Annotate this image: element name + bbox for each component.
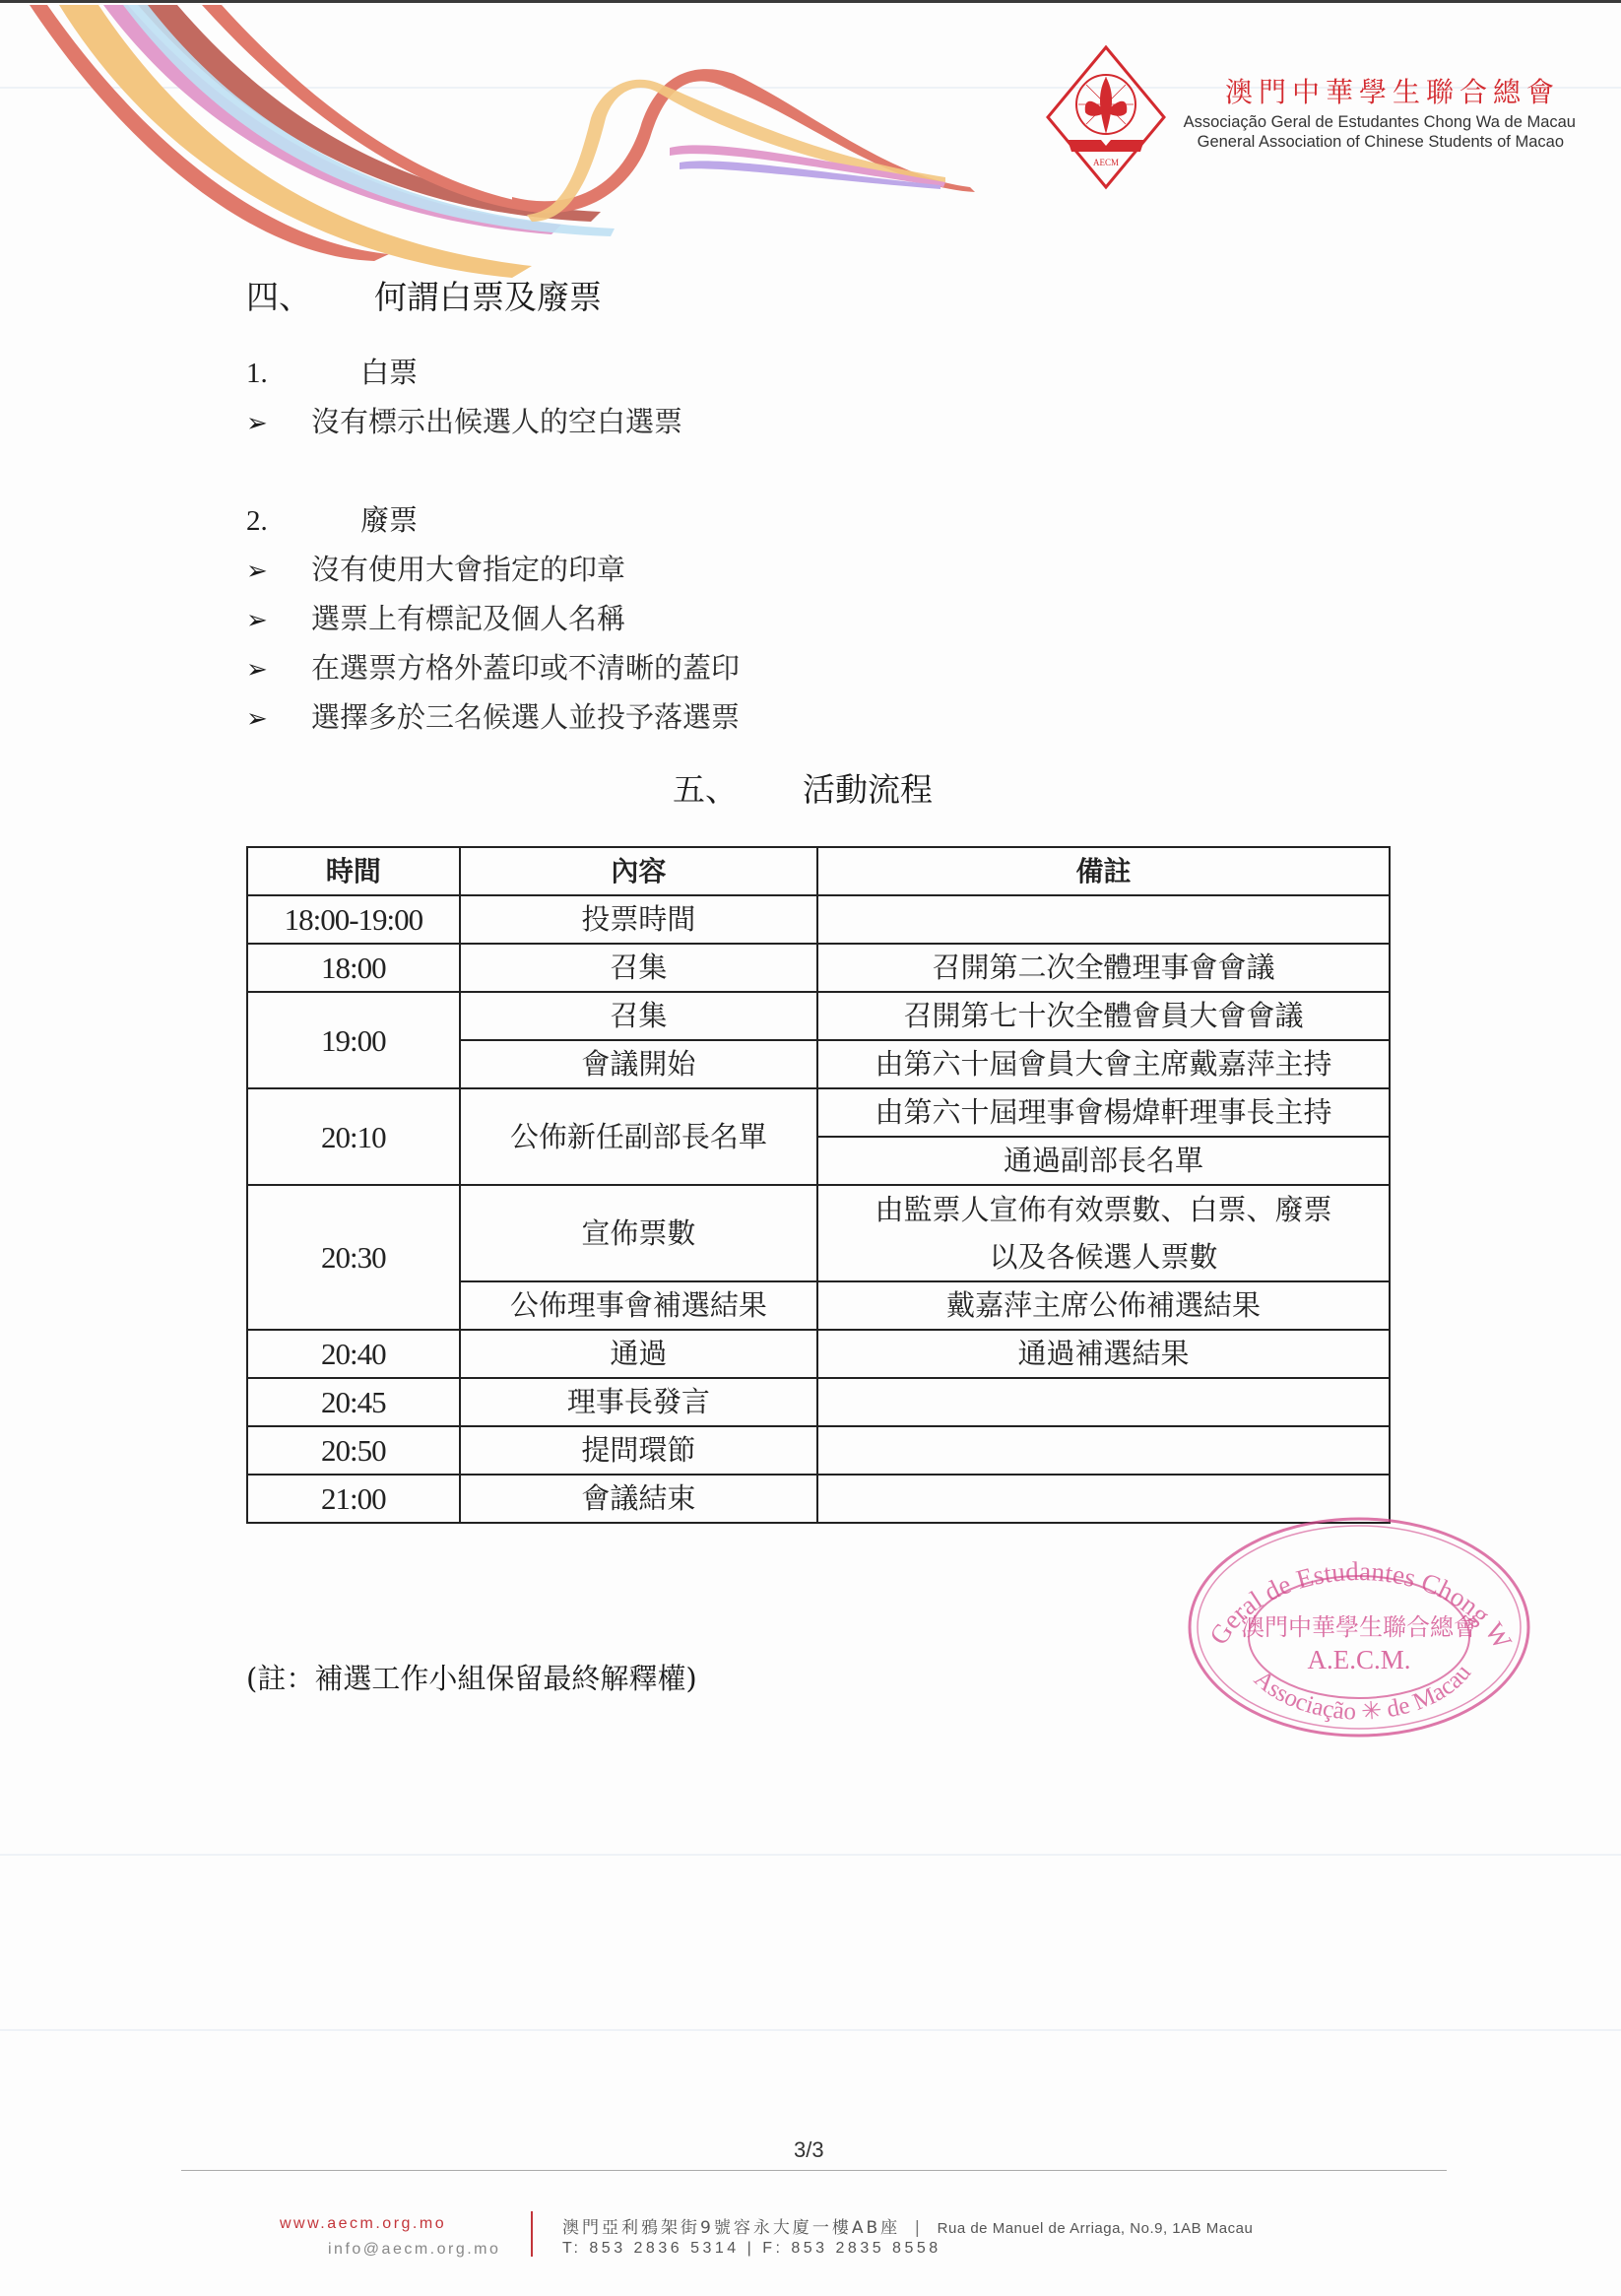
address-cn: 澳門亞利鴉架街9號容永大廈一樓AB座 [562,2218,900,2238]
cell-remark: 召開第二次全體理事會會議 [817,944,1390,992]
cell-remark [817,895,1390,944]
arrow-bullet-icon: ➢ [246,404,311,443]
address-separator: | [915,2218,924,2238]
bullet-text: 選擇多於三名候選人並投予落選票 [311,700,740,734]
cell-time: 18:00 [247,944,460,992]
cell-time: 21:00 [247,1475,460,1523]
table-row: 18:00-19:00 投票時間 [247,895,1390,944]
org-name-pt: Associação Geral de Estudantes Chong Wa … [1170,112,1603,132]
aecm-logo-icon: AECM [1044,43,1168,191]
official-seal-stamp: Geral de Estudantes Chong Wa Associação … [1182,1505,1536,1749]
org-name-en: General Association of Chinese Students … [1170,132,1603,152]
cell-content: 召集 [460,944,817,992]
org-name-block: 澳門中華學生聯合總會 Associação Geral de Estudante… [1170,73,1603,152]
subsection-number: 1. [246,354,360,393]
header-remark: 備註 [817,847,1390,895]
table-row: 19:00 召集 召開第七十次全體會員大會會議 [247,992,1390,1040]
subsection-invalid-vote: 2.廢票 [246,500,418,541]
table-row: 20:40 通過 通過補選結果 [247,1330,1390,1378]
table-row: 20:10 公佈新任副部長名單 由第六十屆理事會楊煒軒理事長主持 [247,1088,1390,1137]
cell-time: 20:50 [247,1426,460,1475]
org-name-cn: 澳門中華學生聯合總會 [1170,73,1603,112]
section-title: 活動流程 [803,770,933,809]
schedule-table: 時間 內容 備註 18:00-19:00 投票時間 18:00 召集 召開第二次… [246,846,1391,1524]
cell-remark [817,1426,1390,1475]
bullet-item: ➢選票上有標記及個人名稱 [246,599,625,640]
subsection-title: 廢票 [360,503,418,537]
cell-remark: 由監票人宣佈有效票數、白票、廢票 以及各候選人票數 [817,1185,1390,1281]
bullet-text: 在選票方格外蓋印或不清晰的蓋印 [311,651,740,685]
cell-remark: 由第六十屆會員大會主席戴嘉萍主持 [817,1040,1390,1088]
arrow-bullet-icon: ➢ [246,601,311,640]
section-5-heading: 五、活動流程 [673,768,933,812]
subsection-blank-vote: 1.白票 [246,353,418,393]
arrow-bullet-icon: ➢ [246,650,311,689]
header-content: 內容 [460,847,817,895]
bullet-text: 選票上有標記及個人名稱 [311,602,625,635]
cell-content: 理事長發言 [460,1378,817,1426]
address-en: Rua de Manuel de Arriaga, No.9, 1AB Maca… [938,2220,1254,2237]
cell-content: 宣佈票數 [460,1185,817,1281]
table-row: 18:00 召集 召開第二次全體理事會會議 [247,944,1390,992]
cell-time: 20:45 [247,1378,460,1426]
cell-remark: 召開第七十次全體會員大會會議 [817,992,1390,1040]
cell-remark: 戴嘉萍主席公佈補選結果 [817,1281,1390,1330]
scan-band [0,2029,1621,2031]
decorative-ribbon-swoosh [0,0,1034,295]
bullet-item: ➢選擇多於三名候選人並投予落選票 [246,697,740,739]
footer-divider [181,2170,1447,2171]
footer-address: 澳門亞利鴉架街9號容永大廈一樓AB座 | Rua de Manuel de Ar… [562,2213,1253,2238]
website-link[interactable]: www.aecm.org.mo [280,2215,446,2233]
page-number: 3/3 [794,2137,824,2163]
cell-time: 19:00 [247,992,460,1088]
cell-content: 通過 [460,1330,817,1378]
remark-line: 由監票人宣佈有效票數、白票、廢票 [822,1186,1385,1233]
svg-text:澳門中華學生聯合總會: 澳門中華學生聯合總會 [1241,1613,1477,1641]
arrow-bullet-icon: ➢ [246,699,311,739]
disclaimer-note: (註：補選工作小組保留最終解釋權) [246,1659,697,1698]
svg-text:AECM: AECM [1093,158,1119,167]
cell-remark [817,1378,1390,1426]
cell-time: 18:00-19:00 [247,895,460,944]
cell-content: 提問環節 [460,1426,817,1475]
bullet-text: 沒有標示出候選人的空白選票 [311,405,682,438]
cell-content: 公佈理事會補選結果 [460,1281,817,1330]
cell-remark: 由第六十屆理事會楊煒軒理事長主持 [817,1088,1390,1137]
bullet-item: ➢沒有使用大會指定的印章 [246,550,625,591]
bullet-item: ➢沒有標示出候選人的空白選票 [246,402,682,443]
table-row: 20:50 提問環節 [247,1426,1390,1475]
header-time: 時間 [247,847,460,895]
table-row: 20:30 宣佈票數 由監票人宣佈有效票數、白票、廢票 以及各候選人票數 [247,1185,1390,1281]
cell-time: 20:30 [247,1185,460,1330]
cell-content: 投票時間 [460,895,817,944]
cell-content: 公佈新任副部長名單 [460,1088,817,1185]
section-number: 五、 [673,768,803,812]
arrow-bullet-icon: ➢ [246,552,311,591]
bullet-text: 沒有使用大會指定的印章 [311,553,625,586]
section-number: 四、 [246,276,374,319]
cell-remark: 通過補選結果 [817,1330,1390,1378]
section-4-heading: 四、何謂白票及廢票 [246,276,602,319]
remark-line: 以及各候選人票數 [822,1233,1385,1280]
cell-time: 20:40 [247,1330,460,1378]
scan-band [0,1854,1621,1856]
svg-text:A.E.C.M.: A.E.C.M. [1307,1645,1410,1674]
cell-content: 召集 [460,992,817,1040]
table-header-row: 時間 內容 備註 [247,847,1390,895]
table-row: 20:45 理事長發言 [247,1378,1390,1426]
cell-time: 20:10 [247,1088,460,1185]
footer-phone-fax: T: 853 2836 5314 | F: 853 2835 8558 [562,2240,941,2258]
cell-content: 會議結束 [460,1475,817,1523]
subsection-number: 2. [246,501,360,541]
email-link[interactable]: info@aecm.org.mo [328,2241,500,2259]
cell-remark: 通過副部長名單 [817,1137,1390,1185]
footer-accent-bar [531,2211,533,2257]
cell-content: 會議開始 [460,1040,817,1088]
section-title: 何謂白票及廢票 [374,278,602,316]
subsection-title: 白票 [360,356,418,389]
bullet-item: ➢在選票方格外蓋印或不清晰的蓋印 [246,648,740,689]
